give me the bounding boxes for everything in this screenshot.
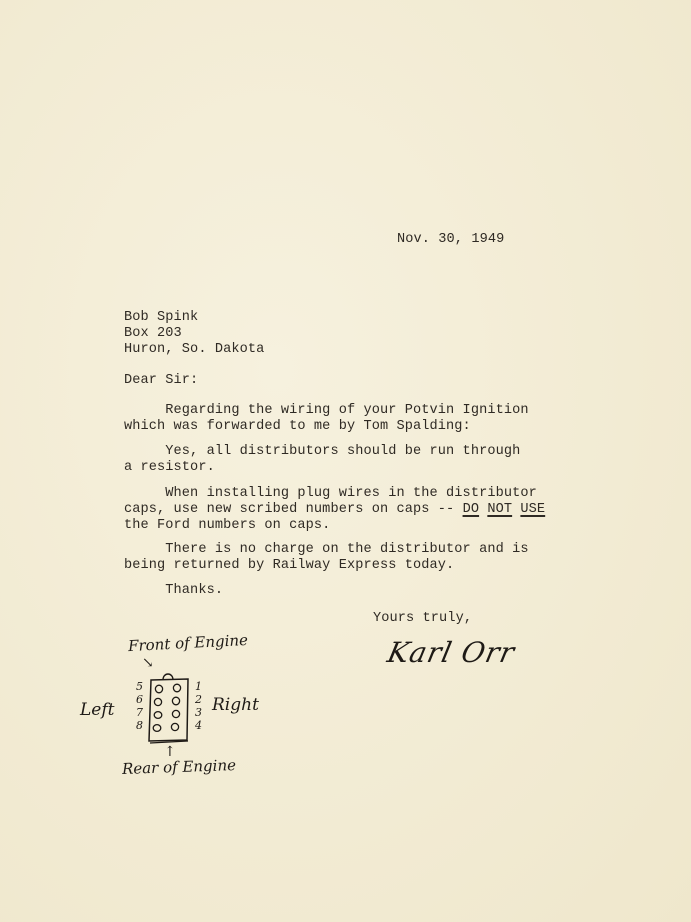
letter-date: Nov. 30, 1949 [397,232,504,249]
cyl-5: 5 [136,680,144,693]
cyl-7: 7 [136,706,144,719]
letter-paper [0,0,691,922]
left-cylinder-numbers: 5 6 7 8 [136,680,144,732]
paragraph-3-line-2: caps, use new scribed numbers on caps --… [124,502,545,519]
paragraph-4-line-1: There is no charge on the distributor an… [124,542,529,559]
paragraph-2-line-1: Yes, all distributors should be run thro… [124,444,520,461]
recipient-address-line1: Box 203 [124,326,182,343]
paragraph-4-line-2: being returned by Railway Express today. [124,558,454,575]
emphasis-do: DO [463,502,480,517]
sketch-left-label: Left [80,700,114,720]
cyl-6: 6 [136,693,144,706]
emphasis-not: NOT [487,502,512,517]
recipient-address-line2: Huron, So. Dakota [124,342,264,359]
emphasis-use: USE [520,502,545,517]
paragraph-3-line-3: the Ford numbers on caps. [124,518,330,535]
cyl-8: 8 [136,719,144,732]
thanks-line: Thanks. [124,583,223,600]
sketch-right-label: Right [212,695,259,715]
closing: Yours truly, [373,611,472,628]
paragraph-2-line-2: a resistor. [124,460,215,477]
engine-block-diagram-icon [145,664,205,746]
recipient-name: Bob Spink [124,310,198,327]
salutation: Dear Sir: [124,373,198,390]
paragraph-1-line-2: which was forwarded to me by Tom Spaldin… [124,419,471,436]
paragraph-3-line-2-text: caps, use new scribed numbers on caps -- [124,502,463,517]
signature: Karl Orr [384,636,518,669]
paragraph-3-line-1: When installing plug wires in the distri… [124,486,537,503]
paragraph-1-line-1: Regarding the wiring of your Potvin Igni… [124,403,529,420]
